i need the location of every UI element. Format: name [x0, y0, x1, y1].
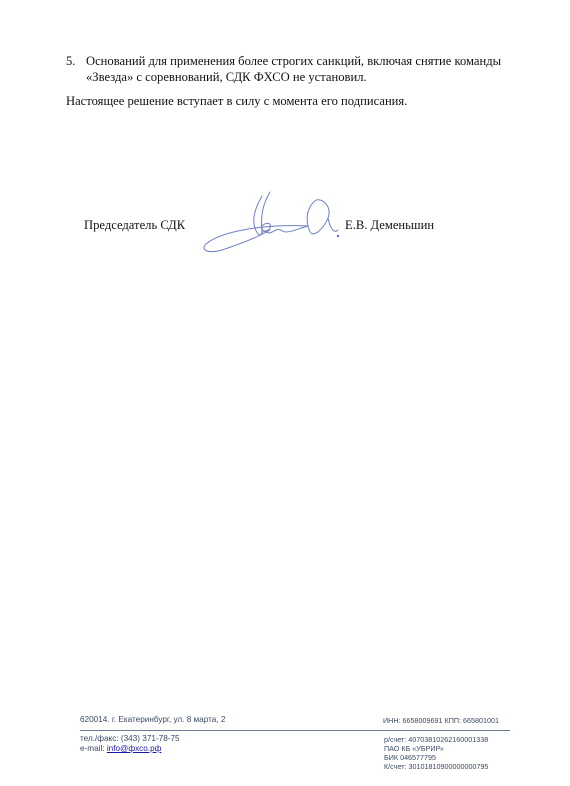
list-item-number: 5.	[66, 54, 75, 69]
footer-bank: ПАО КБ «УБРИР»	[384, 744, 444, 753]
footer-email-link[interactable]: info@фхсо.рф	[107, 744, 162, 753]
footer-email-line: e-mail: info@фхсо.рф	[80, 744, 161, 753]
footer-bik: БИК 046577795	[384, 753, 436, 762]
footer-address: 620014. г. Екатеринбург, ул. 8 марта, 2	[80, 715, 225, 724]
footer-phone: тел./факс: (343) 371-78-75	[80, 734, 180, 743]
handwritten-signature-icon	[200, 188, 350, 254]
footer-corr-account: К/счет: 30101810900000000795	[384, 762, 488, 771]
effective-statement: Настоящее решение вступает в силу с моме…	[66, 94, 407, 109]
signatory-role: Председатель СДК	[84, 218, 185, 233]
signatory-name: Е.В. Деменьшин	[345, 218, 434, 233]
footer-inn-kpp: ИНН: 6658009691 КПП: 665801001	[383, 716, 499, 725]
footer-email-label: e-mail:	[80, 744, 105, 753]
list-item-text-line-1: Оснований для применения более строгих с…	[86, 54, 501, 69]
list-item-text-line-2: «Звезда» с соревнований, СДК ФХСО не уст…	[86, 70, 367, 85]
footer-divider	[80, 730, 510, 731]
footer-account: р/счет: 40703810262160001338	[384, 735, 488, 744]
